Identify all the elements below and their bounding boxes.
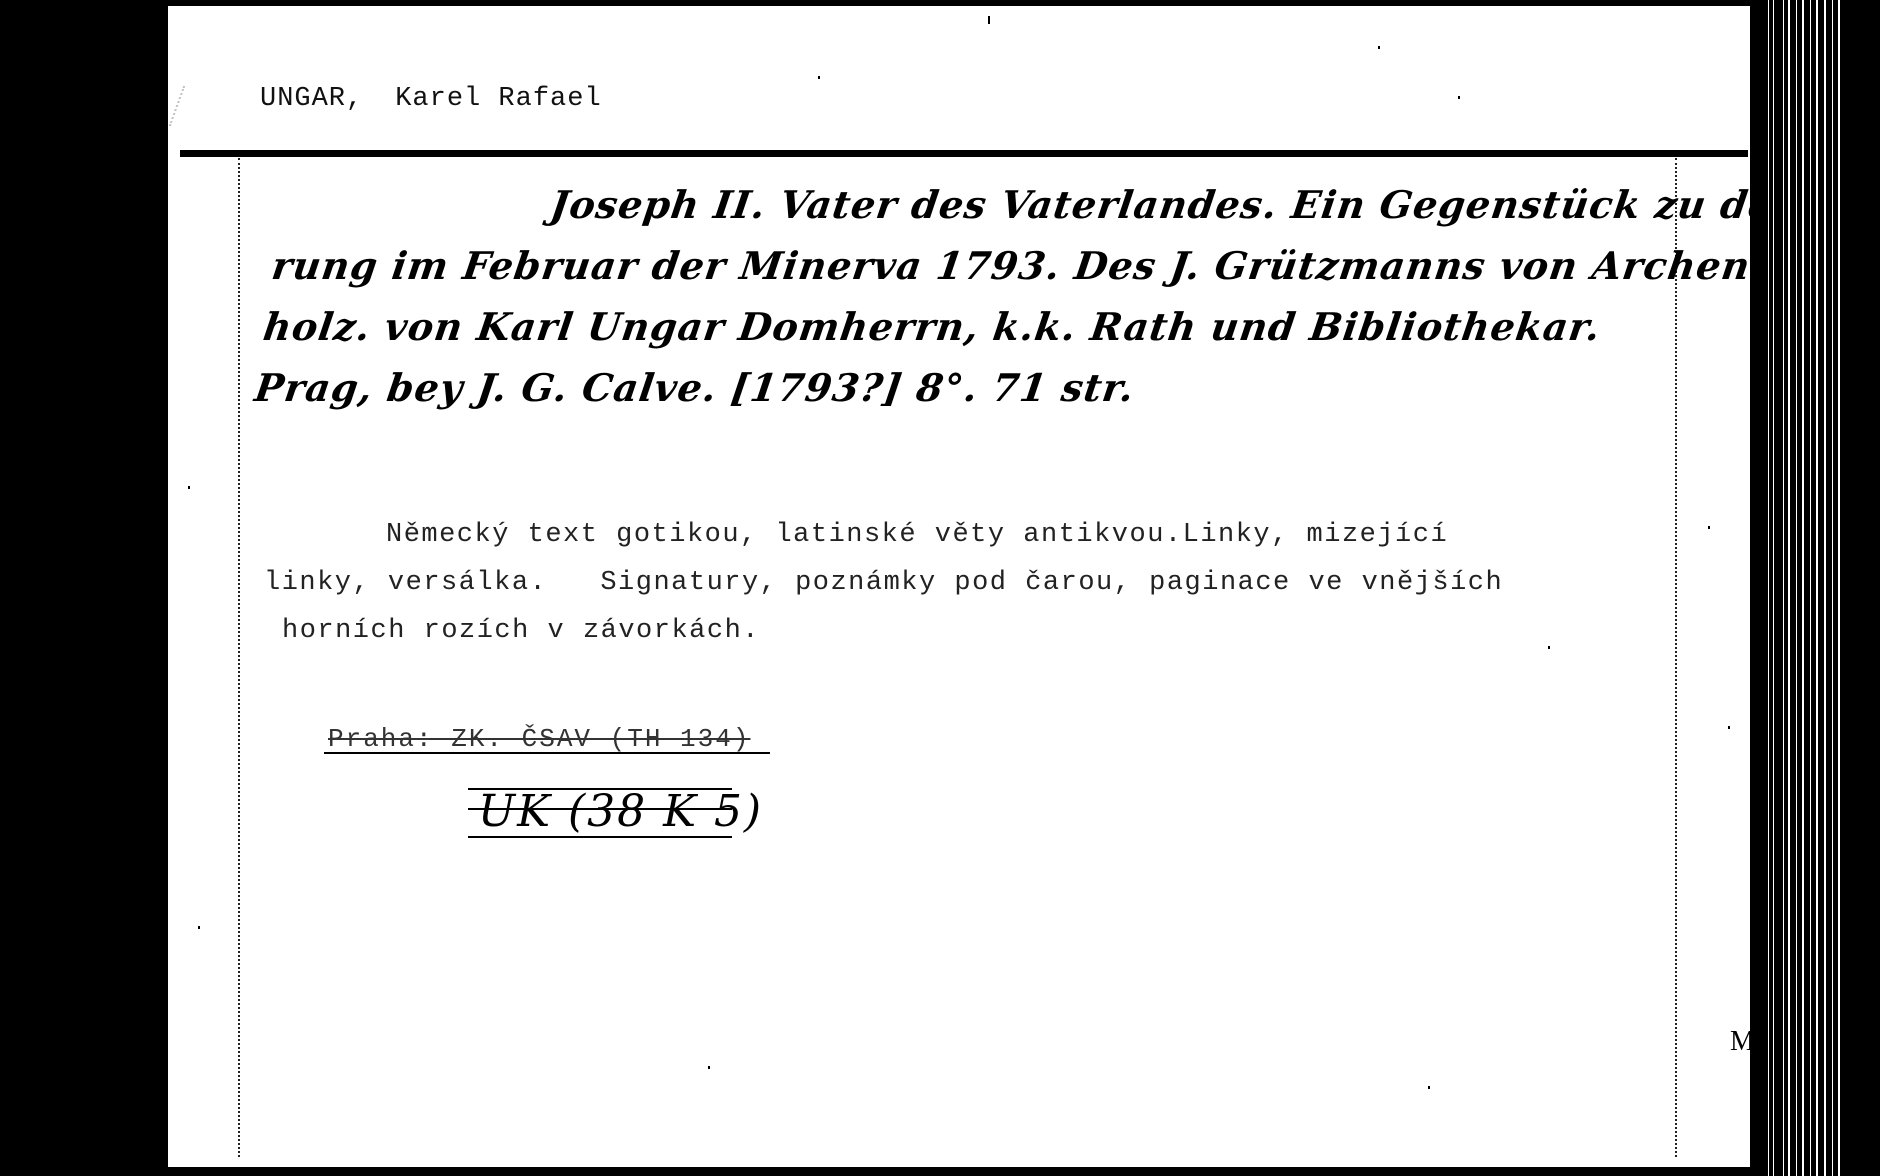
handwritten-line: Joseph II. Vater des Vaterlandes. Ein Ge… bbox=[277, 174, 1706, 235]
margin-mark: M bbox=[1730, 1026, 1750, 1058]
handwritten-entry: Joseph II. Vater des Vaterlandes. Ein Ge… bbox=[251, 174, 1705, 418]
catalog-card: UNGAR,Karel Rafael Joseph II. Vater des … bbox=[168, 6, 1750, 1167]
margin-scribble bbox=[169, 86, 230, 126]
handwritten-line: holz. von Karl Ungar Domherrn, k.k. Rath… bbox=[259, 296, 1688, 357]
heading-rule bbox=[180, 150, 1748, 157]
typed-line: horních rozích v závorkách. bbox=[264, 607, 1684, 655]
typed-line: linky, versálka. Signatury, poznámky pod… bbox=[264, 559, 1684, 607]
typed-description: Německý text gotikou, latinské věty anti… bbox=[264, 511, 1684, 655]
scan-edge-dark bbox=[1752, 0, 1766, 1176]
handwritten-line: Prag, bey J. G. Calve. [1793?] 8°. 71 st… bbox=[251, 357, 1680, 418]
struck-location: Praha: ZK. ČSAV (TH 134) bbox=[328, 724, 750, 754]
heading-given-names: Karel Rafael bbox=[395, 84, 601, 114]
heading-surname: UNGAR, bbox=[260, 84, 363, 114]
shelf-signature: UK (38 K 5) bbox=[478, 786, 763, 837]
left-margin-dotted-line bbox=[238, 158, 240, 1157]
scan-edge-dark bbox=[1844, 0, 1880, 1176]
typed-line: Německý text gotikou, latinské věty anti… bbox=[264, 511, 1684, 559]
handwritten-line: rung im Februar der Minerva 1793. Des J.… bbox=[268, 235, 1697, 296]
card-heading: UNGAR,Karel Rafael bbox=[260, 84, 602, 114]
